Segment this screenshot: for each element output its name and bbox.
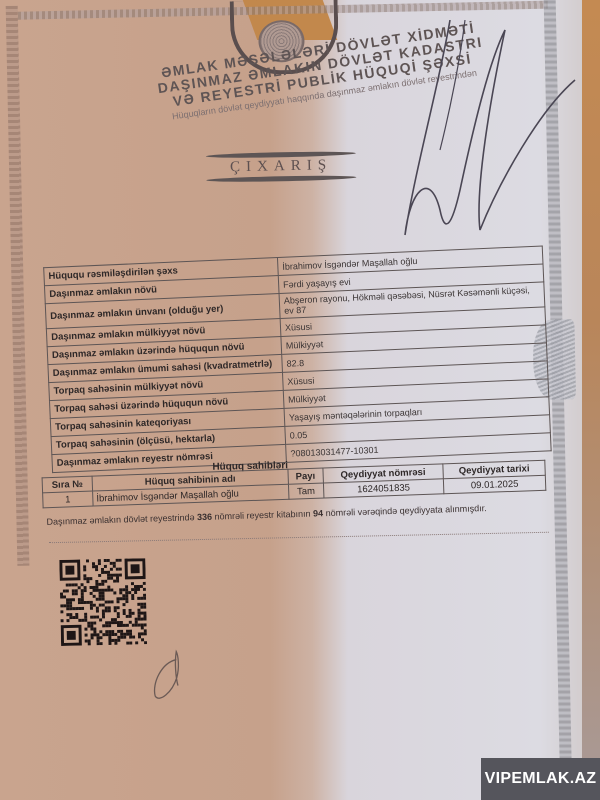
property-info-table: Hüququ rəsmiləşdirilən şəxsİbrahimov İsg…: [43, 245, 552, 473]
register-page-number: 94: [313, 508, 323, 518]
owner-cell: 09.01.2025: [443, 475, 545, 494]
note-text: nömrəli reyestr kitabının: [214, 509, 310, 522]
dotted-separator: [49, 532, 549, 543]
site-watermark: VIPEMLAK.AZ: [481, 758, 600, 800]
note-text: Daşınmaz əmlakın dövlət reyestrində: [46, 512, 194, 527]
note-text: nömrəli vərəqində qeydiyyata alınmışdır.: [325, 503, 486, 518]
register-book-number: 336: [197, 512, 212, 522]
ornamental-border-left: [6, 6, 30, 566]
document-title-banner: ÇIXARIŞ: [206, 149, 357, 184]
owner-cell: 1: [43, 491, 93, 508]
qr-code-icon: [59, 558, 147, 646]
signature-mark: [380, 20, 580, 260]
owner-cell: 1624051835: [323, 479, 444, 498]
owners-column-header: Payı: [288, 468, 323, 484]
handwritten-initial: [146, 647, 197, 703]
document-title: ÇIXARIŞ: [206, 157, 356, 177]
owners-column-header: Sıra №: [42, 476, 92, 493]
owner-cell: Tam: [288, 483, 323, 499]
